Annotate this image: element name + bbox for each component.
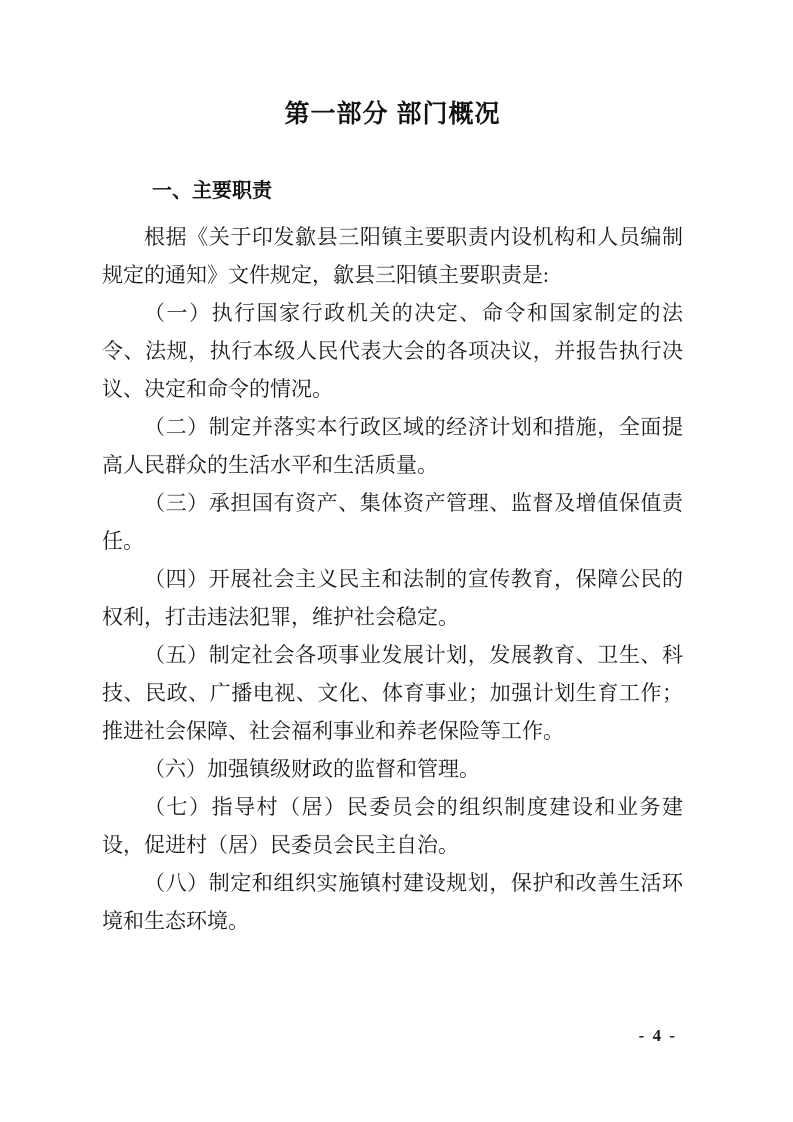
document-title: 第一部分 部门概况 <box>102 96 683 132</box>
paragraph-item-3: （三）承担国有资产、集体资产管理、监督及增值保值责任。 <box>102 484 683 560</box>
paragraph-item-5: （五）制定社会各项事业发展计划，发展教育、卫生、科技、民政、广播电视、文化、体育… <box>102 636 683 750</box>
document-page: 第一部分 部门概况 一、主要职责 根据《关于印发歙县三阳镇主要职责内设机构和人员… <box>0 0 793 1122</box>
paragraph-intro: 根据《关于印发歙县三阳镇主要职责内设机构和人员编制规定的通知》文件规定，歙县三阳… <box>102 218 683 294</box>
paragraph-item-7: （七）指导村（居）民委员会的组织制度建设和业务建设，促进村（居）民委员会民主自治… <box>102 788 683 864</box>
section-heading: 一、主要职责 <box>102 178 683 204</box>
body-text: 根据《关于印发歙县三阳镇主要职责内设机构和人员编制规定的通知》文件规定，歙县三阳… <box>102 218 683 940</box>
paragraph-item-6: （六）加强镇级财政的监督和管理。 <box>102 750 683 788</box>
paragraph-item-4: （四）开展社会主义民主和法制的宣传教育，保障公民的权利，打击违法犯罪，维护社会稳… <box>102 560 683 636</box>
paragraph-item-2: （二）制定并落实本行政区域的经济计划和措施，全面提高人民群众的生活水平和生活质量… <box>102 408 683 484</box>
document-content: 第一部分 部门概况 一、主要职责 根据《关于印发歙县三阳镇主要职责内设机构和人员… <box>102 0 683 940</box>
paragraph-item-1: （一）执行国家行政机关的决定、命令和国家制定的法令、法规，执行本级人民代表大会的… <box>102 294 683 408</box>
page-number: - 4 - <box>639 1026 677 1046</box>
paragraph-item-8: （八）制定和组织实施镇村建设规划，保护和改善生活环境和生态环境。 <box>102 864 683 940</box>
